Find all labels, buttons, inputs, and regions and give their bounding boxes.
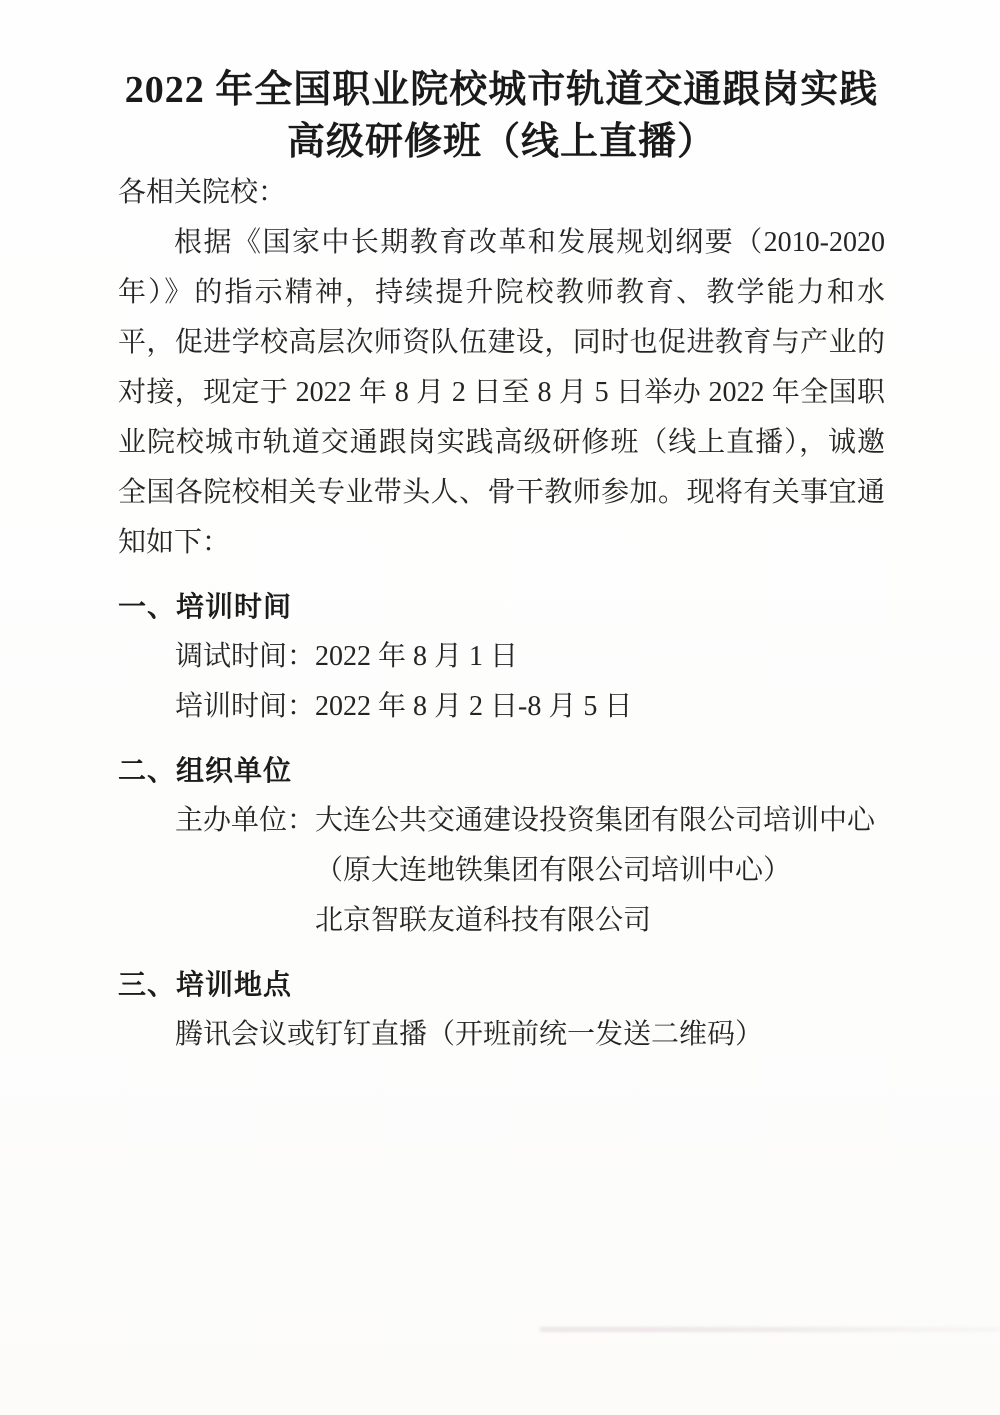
scan-smudge-artifact bbox=[540, 1327, 1000, 1332]
training-location-line: 腾讯会议或钉钉直播（开班前统一发送二维码） bbox=[118, 1010, 885, 1060]
section-organizers: 二、组织单位 主办单位： 大连公共交通建设投资集团有限公司培训中心 （原大连地铁… bbox=[118, 746, 885, 946]
document-title: 2022 年全国职业院校城市轨道交通跟岗实践 高级研修班（线上直播） bbox=[118, 64, 885, 168]
organizer-name: 大连公共交通建设投资集团有限公司培训中心 bbox=[315, 796, 885, 846]
document-title-line-1: 2022 年全国职业院校城市轨道交通跟岗实践 bbox=[118, 64, 885, 116]
section-training-time: 一、培训时间 调试时间：2022 年 8 月 1 日 培训时间：2022 年 8… bbox=[118, 582, 885, 732]
organizer-former-name: （原大连地铁集团有限公司培训中心） bbox=[315, 846, 885, 896]
section-heading-organizers: 二、组织单位 bbox=[118, 746, 885, 796]
section-heading-training-time: 一、培训时间 bbox=[118, 582, 885, 632]
organizer-row: 主办单位： 大连公共交通建设投资集团有限公司培训中心 （原大连地铁集团有限公司培… bbox=[118, 796, 885, 946]
intro-paragraph: 根据《国家中长期教育改革和发展规划纲要（2010-2020 年）》的指示精神，持… bbox=[118, 218, 885, 568]
document-page: 2022 年全国职业院校城市轨道交通跟岗实践 高级研修班（线上直播） 各相关院校… bbox=[0, 0, 1000, 1415]
salutation: 各相关院校： bbox=[118, 168, 885, 218]
training-time-line: 培训时间：2022 年 8 月 2 日-8 月 5 日 bbox=[118, 682, 885, 732]
debug-time-line: 调试时间：2022 年 8 月 1 日 bbox=[118, 632, 885, 682]
organizer-cohost: 北京智联友道科技有限公司 bbox=[315, 896, 885, 946]
document-content: 2022 年全国职业院校城市轨道交通跟岗实践 高级研修班（线上直播） 各相关院校… bbox=[118, 0, 885, 1060]
organizer-values: 大连公共交通建设投资集团有限公司培训中心 （原大连地铁集团有限公司培训中心） 北… bbox=[315, 796, 885, 946]
document-title-line-2: 高级研修班（线上直播） bbox=[118, 116, 885, 168]
section-location: 三、培训地点 腾讯会议或钉钉直播（开班前统一发送二维码） bbox=[118, 960, 885, 1060]
organizer-label: 主办单位： bbox=[175, 796, 315, 846]
section-heading-location: 三、培训地点 bbox=[118, 960, 885, 1010]
